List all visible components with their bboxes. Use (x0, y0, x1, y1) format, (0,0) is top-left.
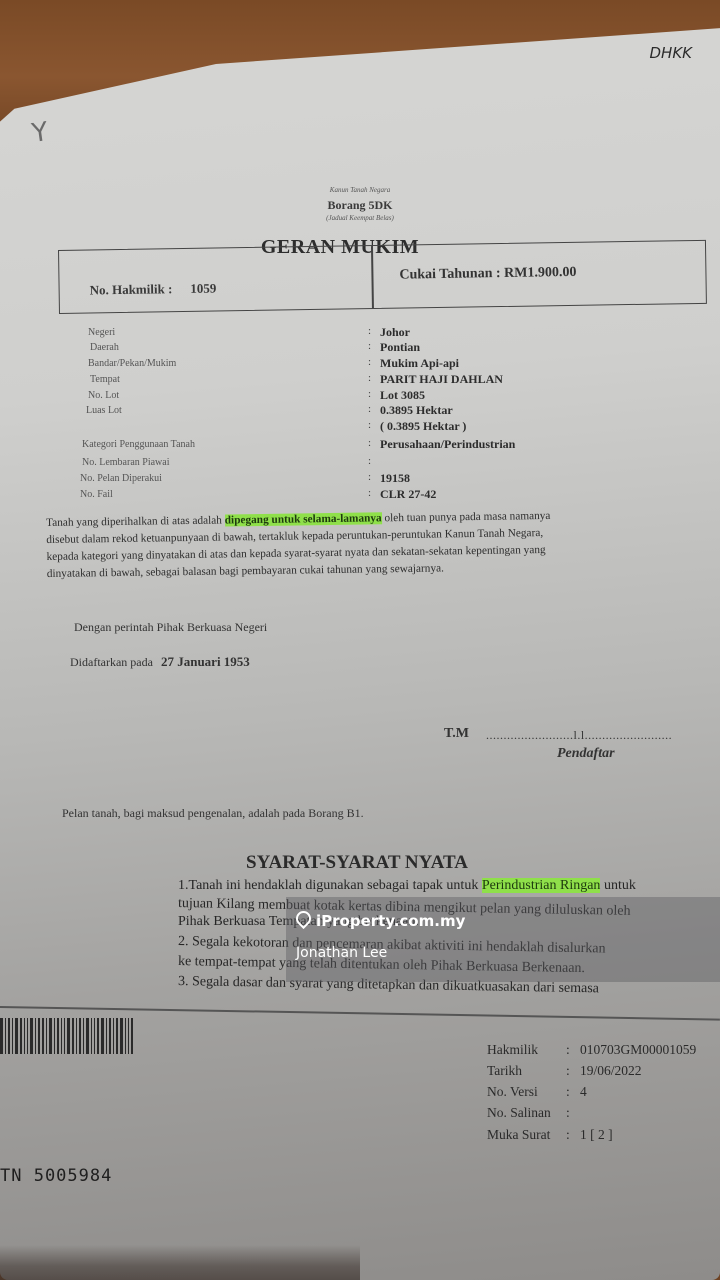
barcode-bar (128, 1018, 129, 1054)
field-value: Perusahaan/Perindustrian (380, 437, 515, 452)
barcode-bar (83, 1018, 84, 1054)
field-colon: : (368, 388, 371, 400)
meta-value: 19/06/2022 (580, 1063, 642, 1079)
meta-colon: : (566, 1042, 570, 1058)
meta-colon: : (566, 1127, 570, 1143)
registrar-label: Pendaftar (557, 746, 615, 762)
field-value: Lot 3085 (380, 388, 425, 403)
field-value: Mukim Api-api (380, 356, 459, 371)
hakmilik-label: No. Hakmilik : (90, 281, 173, 297)
meta-label: Tarikh (487, 1063, 522, 1079)
barcode-bar (8, 1018, 10, 1054)
field-label: Luas Lot (86, 405, 122, 416)
barcode-bar (54, 1018, 55, 1054)
field-label: Tempat (90, 374, 120, 385)
barcode-bar (101, 1018, 104, 1054)
field-colon: : (368, 455, 371, 467)
barcode-bar (46, 1018, 47, 1054)
highlight-perpetual: dipegang untuk selama-lamanya (225, 512, 382, 526)
field-colon: : (368, 340, 371, 352)
barcode-bar (61, 1018, 62, 1054)
meta-colon: : (566, 1084, 570, 1100)
field-label: Negeri (88, 327, 115, 338)
barcode-bar (79, 1018, 81, 1054)
document-code: DHKK (649, 44, 692, 62)
field-value: CLR 27-42 (380, 487, 436, 502)
field-value: Johor (380, 325, 410, 340)
signature-line: .........................l.l............… (486, 728, 672, 743)
field-colon: : (368, 437, 371, 449)
field-label: Daerah (90, 342, 119, 353)
field-label: No. Lot (88, 390, 119, 401)
header-schedule: (Jadual Keempat Belas) (0, 214, 720, 222)
ownership-paragraph: Tanah yang diperihalkan di atas adalah d… (46, 506, 720, 583)
barcode (0, 1018, 152, 1054)
barcode-bar (42, 1018, 44, 1054)
header-form: Borang 5DK (0, 198, 720, 213)
barcode-bar (15, 1018, 18, 1054)
barcode-bar (5, 1018, 6, 1054)
barcode-bar (24, 1018, 25, 1054)
barcode-bar (72, 1018, 74, 1054)
conditions-title: SYARAT-SYARAT NYATA (246, 852, 468, 874)
field-value: 0.3895 Hektar (380, 403, 453, 418)
barcode-bar (0, 1018, 3, 1054)
field-label: Kategori Penggunaan Tanah (82, 439, 195, 450)
hakmilik-value: 1059 (190, 281, 216, 296)
field-colon: : (368, 356, 371, 368)
field-colon: : (368, 471, 371, 483)
barcode-bar (49, 1018, 52, 1054)
barcode-bar (76, 1018, 77, 1054)
watermark-overlay (286, 897, 720, 982)
barcode-bar (91, 1018, 92, 1054)
meta-value: 1 [ 2 ] (580, 1127, 613, 1143)
title-box: No. Hakmilik :1059 Cukai Tahunan : RM1.9… (58, 240, 707, 314)
meta-colon: : (566, 1063, 570, 1079)
tm-label: T.M (444, 726, 469, 742)
barcode-bar (113, 1018, 114, 1054)
barcode-bar (94, 1018, 95, 1054)
barcode-bar (20, 1018, 22, 1054)
barcode-bar (116, 1018, 118, 1054)
serial-number: TN 5005984 (0, 1166, 112, 1186)
barcode-bar (120, 1018, 123, 1054)
field-value: ( 0.3895 Hektar ) (380, 419, 466, 434)
location-pin-icon (293, 908, 314, 929)
field-label: No. Lembaran Piawai (82, 457, 169, 468)
barcode-bar (30, 1018, 33, 1054)
barcode-bar (27, 1018, 28, 1054)
field-colon: : (368, 419, 371, 431)
condition-1-line-1: 1.Tanah ini hendaklah digunakan sebagai … (178, 878, 636, 894)
field-label: Bandar/Pekan/Mukim (88, 358, 176, 369)
barcode-bar (57, 1018, 59, 1054)
barcode-bar (86, 1018, 89, 1054)
barcode-bar (64, 1018, 65, 1054)
meta-value: 4 (580, 1084, 587, 1100)
registration-line: Didaftarkan pada27 Januari 1953 (70, 654, 250, 670)
registered-label: Didaftarkan pada (70, 655, 153, 669)
barcode-bar (109, 1018, 111, 1054)
barcode-bar (97, 1018, 99, 1054)
barcode-bar (38, 1018, 40, 1054)
page-shadow (0, 1245, 360, 1280)
barcode-bar (12, 1018, 13, 1054)
field-value: PARIT HAJI DAHLAN (380, 372, 503, 387)
highlight-light-industry: Perindustrian Ringan (482, 878, 601, 893)
header-act: Kanun Tanah Negara (0, 186, 720, 194)
barcode-bar (125, 1018, 126, 1054)
meta-label: No. Versi (487, 1084, 538, 1100)
hakmilik-number: No. Hakmilik :1059 (90, 281, 217, 299)
authority-line: Dengan perintah Pihak Berkuasa Negeri (74, 620, 267, 635)
field-label: No. Pelan Diperakui (80, 473, 162, 484)
barcode-bar (106, 1018, 107, 1054)
field-colon: : (368, 403, 371, 415)
barcode-bar (131, 1018, 133, 1054)
meta-label: Hakmilik (487, 1042, 538, 1058)
meta-value: 010703GM00001059 (580, 1042, 696, 1058)
meta-label: No. Salinan (487, 1105, 551, 1121)
field-colon: : (368, 325, 371, 337)
barcode-bar (35, 1018, 36, 1054)
watermark-agent: Jonathan Lee (296, 945, 387, 961)
barcode-bar (67, 1018, 70, 1054)
plan-note: Pelan tanah, bagi maksud pengenalan, ada… (62, 806, 364, 821)
registered-date: 27 Januari 1953 (161, 654, 250, 669)
watermark-site-text: iProperty.com.my (316, 912, 465, 930)
field-colon: : (368, 487, 371, 499)
meta-colon: : (566, 1105, 570, 1121)
field-label: No. Fail (80, 489, 113, 500)
field-value: 19158 (380, 471, 410, 486)
annual-tax: Cukai Tahunan : RM1.900.00 (399, 265, 576, 284)
meta-label: Muka Surat (487, 1127, 550, 1143)
field-value: Pontian (380, 340, 420, 355)
watermark-site: iProperty.com.my (296, 911, 465, 930)
field-colon: : (368, 372, 371, 384)
title-box-divider (371, 246, 373, 308)
